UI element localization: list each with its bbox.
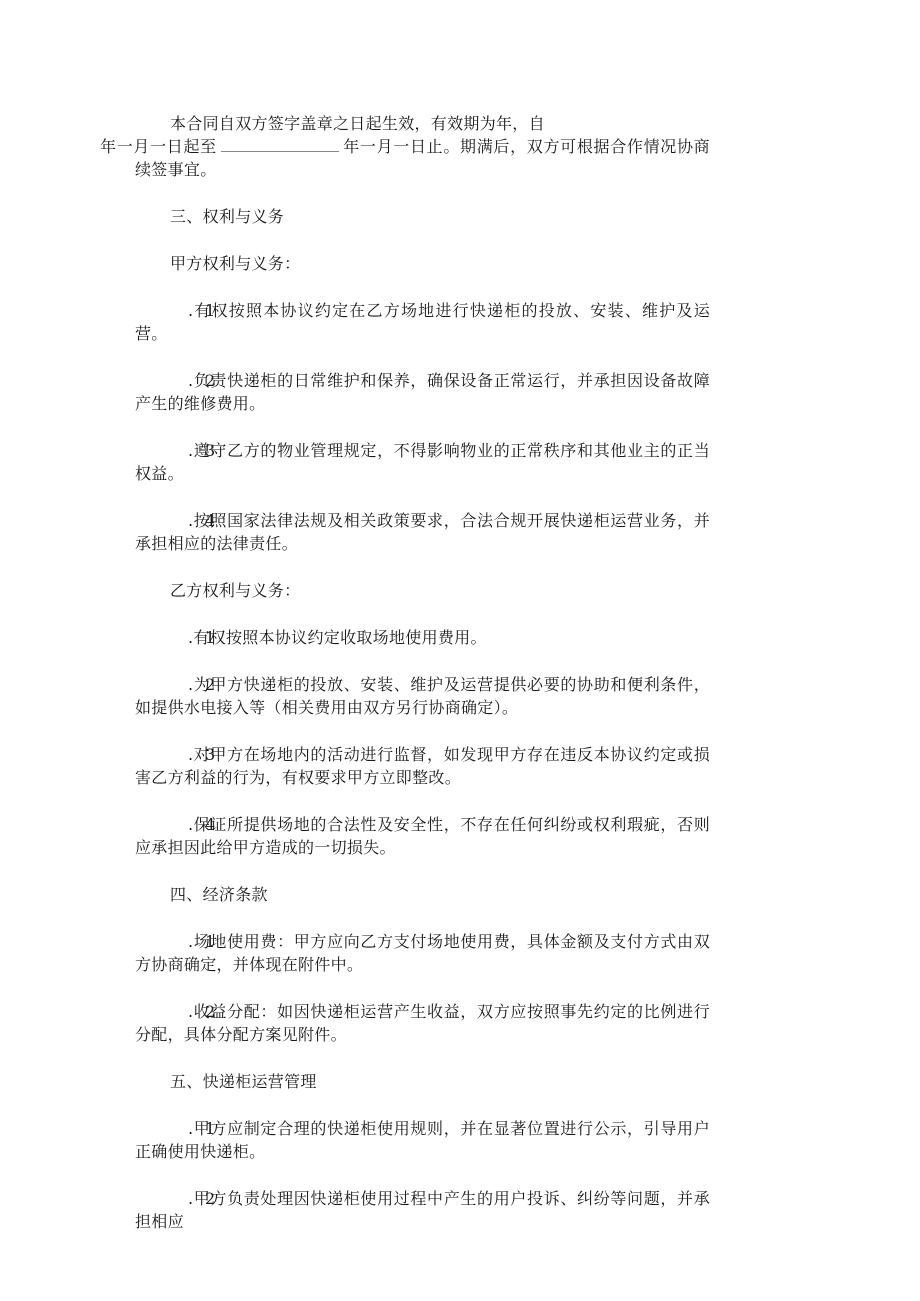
party-b-title: 乙方权利与义务：	[135, 579, 710, 602]
section5-item-1: 1.甲方应制定合理的快递柜使用规则，并在显著位置进行公示，引导用户正确使用快递柜…	[135, 1117, 710, 1163]
party-b-item-2: 2.为甲方快递柜的投放、安装、维护及运营提供必要的协助和便利条件，如提供水电接入…	[135, 673, 710, 719]
intro-line2-start: 年一月一日起至	[100, 137, 217, 156]
party-b-item-3: 3.对甲方在场地内的活动进行监督，如发现甲方存在违反本协议约定或损害乙方利益的行…	[135, 743, 710, 789]
section5-title: 五、快递柜运营管理	[135, 1070, 710, 1093]
party-b-item-4: 4.保证所提供场地的合法性及安全性，不存在任何纠纷或权利瑕疵，否则应承担因此给甲…	[135, 813, 710, 859]
party-a-item-4: 4.按照国家法律法规及相关政策要求，合法合规开展快递柜运营业务，并承担相应的法律…	[135, 509, 710, 555]
section5-item-2: 2.甲方负责处理因快递柜使用过程中产生的用户投诉、纠纷等问题，并承担相应	[135, 1187, 710, 1233]
section3-title: 三、权利与义务	[135, 205, 710, 228]
party-a-item-2: 2.负责快递柜的日常维护和保养，确保设备正常运行，并承担因设备故障产生的维修费用…	[135, 369, 710, 415]
intro-line1: 本合同自双方签字盖章之日起生效，有效期为年，自	[170, 114, 545, 133]
party-a-item-1: 1.有权按照本协议约定在乙方场地进行快递柜的投放、安装、维护及运营。	[135, 299, 710, 345]
document-page: 本合同自双方签字盖章之日起生效，有效期为年，自年一月一日起至年一月一日止。期满后…	[135, 112, 710, 1257]
party-b-item-1: 1.有权按照本协议约定收取场地使用费用。	[135, 626, 710, 649]
intro-paragraph: 本合同自双方签字盖章之日起生效，有效期为年，自年一月一日起至年一月一日止。期满后…	[135, 112, 710, 181]
section4-item-2: 2.收益分配：如因快递柜运营产生收益，双方应按照事先约定的比例进行分配，具体分配…	[135, 1000, 710, 1046]
party-a-item-3: 3.遵守乙方的物业管理规定，不得影响物业的正常秩序和其他业主的正当权益。	[135, 439, 710, 485]
blank-underline	[221, 137, 339, 152]
section4-title: 四、经济条款	[135, 883, 710, 906]
party-a-title: 甲方权利与义务：	[135, 252, 710, 275]
section4-item-1: 1.场地使用费：甲方应向乙方支付场地使用费，具体金额及支付方式由双方协商确定，并…	[135, 930, 710, 976]
